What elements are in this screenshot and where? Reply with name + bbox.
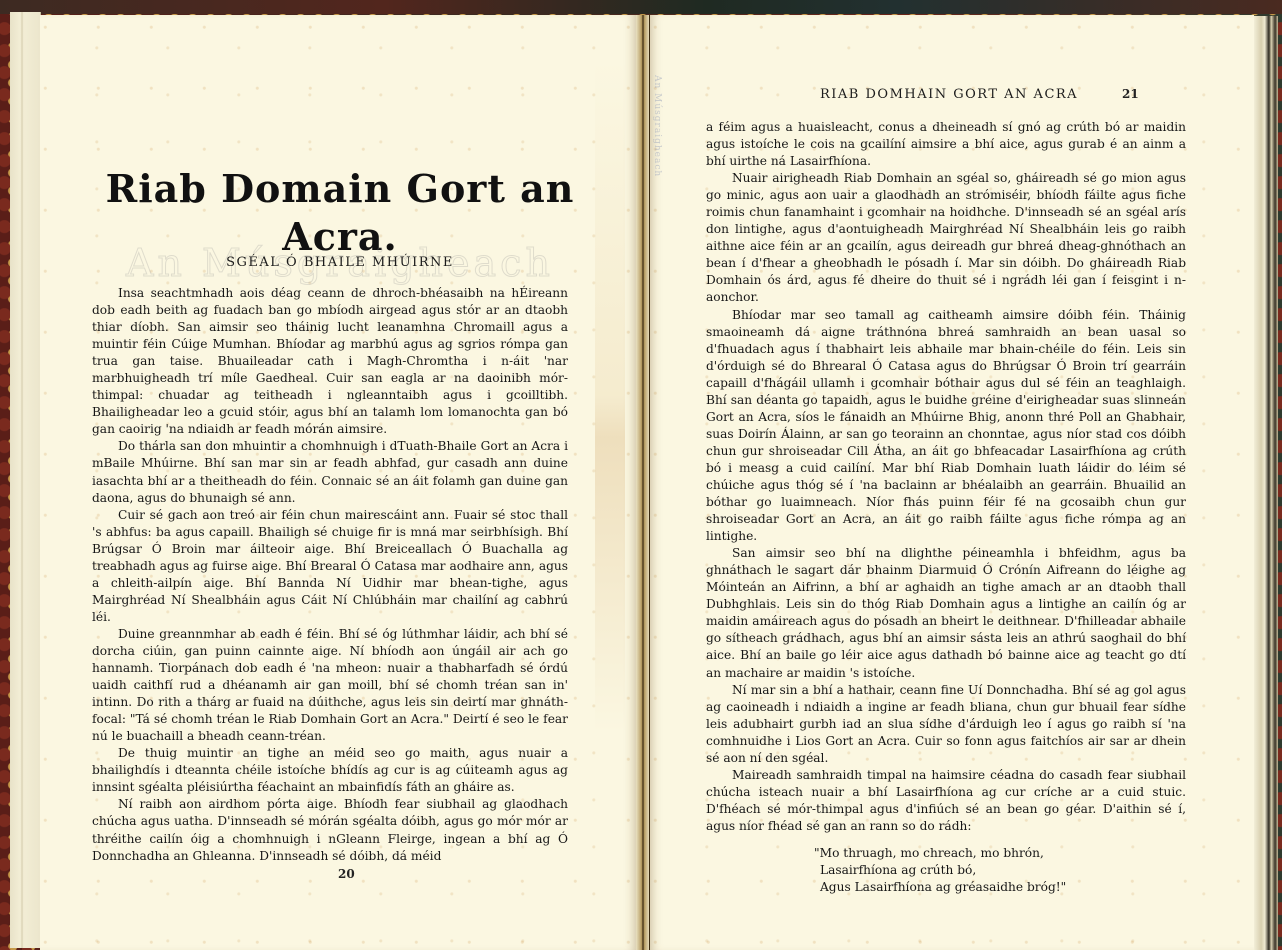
verse-line: "Mo thruagh, mo chreach, mo bhrón, xyxy=(814,845,1186,862)
left-body-text: Insa seachtmhadh aois déag ceann de dhro… xyxy=(92,285,568,865)
right-page-edges xyxy=(1254,16,1278,950)
paragraph: Nuair airigheadh Riab Domhain an sgéal s… xyxy=(706,170,1186,306)
left-page-edges xyxy=(10,12,41,948)
right-page: RIAB DOMHAIN GORT AN ACRA 21 An Músgraig… xyxy=(650,15,1254,950)
cover-top-edge xyxy=(0,0,1282,14)
right-body-text: a féim agus a huaisleacht, conus a dhein… xyxy=(706,119,1186,896)
running-head: RIAB DOMHAIN GORT AN ACRA xyxy=(820,87,1078,102)
paper-stain xyxy=(595,60,625,900)
paragraph: San aimsir seo bhí na dlighthe péineamhl… xyxy=(706,545,1186,681)
paragraph: Do thárla san don mhuintir a chomhnuigh … xyxy=(92,438,568,506)
page-number: 20 xyxy=(338,867,355,881)
left-page: Riab Domain Gort an Acra. An Músgraighea… xyxy=(40,15,636,950)
paragraph: Insa seachtmhadh aois déag ceann de dhro… xyxy=(92,285,568,438)
verse: "Mo thruagh, mo chreach, mo bhrón, Lasai… xyxy=(814,845,1186,896)
paragraph: a féim agus a huaisleacht, conus a dhein… xyxy=(706,119,1186,170)
paragraph: Cuir sé gach aon treó air féin chun mair… xyxy=(92,507,568,626)
paragraph: Ní mar sin a bhí a hathair, ceann fine U… xyxy=(706,682,1186,767)
paragraph: Maireadh samhraidh timpal na haimsire cé… xyxy=(706,767,1186,835)
verse-line: Agus Lasairfhíona ag gréasaidhe bróg!" xyxy=(814,879,1186,896)
paragraph: Bhíodar mar seo tamall ag caitheamh aims… xyxy=(706,307,1186,546)
side-watermark: An Músgraigheach xyxy=(652,75,662,177)
paragraph: De thuig muintir an tighe an méid seo go… xyxy=(92,745,568,796)
title-line-1: Riab Domain Gort an xyxy=(100,165,580,213)
paragraph: Ní raibh aon airdhom pórta aige. Bhíodh … xyxy=(92,796,568,864)
verse-line: Lasairfhíona ag crúth bó, xyxy=(814,862,1186,879)
paragraph: Duine greannmhar ab eadh é féin. Bhí sé … xyxy=(92,626,568,745)
page-number: 21 xyxy=(1122,87,1139,101)
book-gutter xyxy=(636,15,650,950)
story-subtitle: SGÉAL Ó BHAILE MHÚIRNE xyxy=(100,255,580,270)
